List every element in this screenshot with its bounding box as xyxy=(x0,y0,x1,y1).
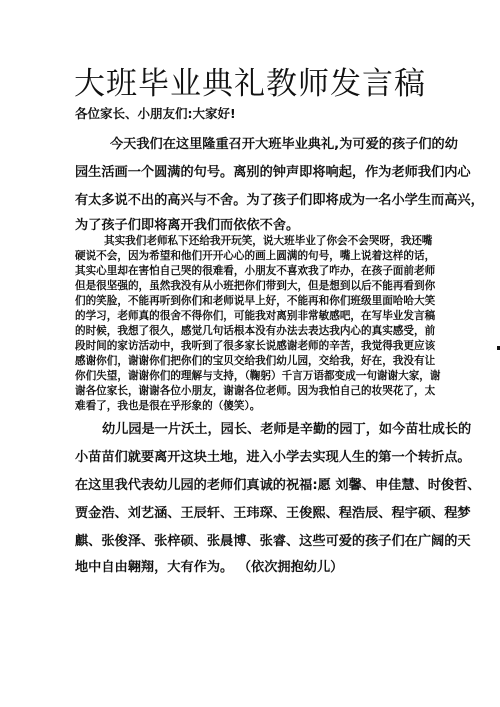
text-line: 幼儿园是一片沃土，园长、老师是辛勤的园丁，如今苗壮成长的 xyxy=(102,418,471,437)
text-line: 你们失望，谢谢你们的理解与支持，（鞠躬）千言万语都变成一句谢谢大家，谢 xyxy=(75,368,440,383)
text-line: 其实我们老师私下还给我开玩笑，说大班毕业了你会不会哭呀，我还嘴 xyxy=(104,233,432,248)
text-line: 园生活画一个圆满的句号。离别的钟声即将响起，作为老师我们内心 xyxy=(75,161,471,180)
document-title: 大班毕业典礼教师发言稿 xyxy=(74,58,426,103)
text-line: 麒、张俊泽、张梓硕、张晨博、张睿、这些可爱的孩子们在广阔的天 xyxy=(75,530,471,549)
text-line: 为了孩子们即将离开我们而依依不舍。 xyxy=(75,214,299,233)
text-line: 硬说不会，因为希望和他们开开心心的画上圆满的句号，嘴上说着这样的话， xyxy=(75,248,435,263)
text-line: 其实心里却在害怕自己哭的很难看，小朋友不喜欢我了咋办，在孩子面前老师 xyxy=(75,263,435,278)
text-line: 难看了，我也是很在乎形象的（傻笑）。 xyxy=(75,398,260,413)
text-line: 地中自由翱翔，大有作为。 （依次拥抱幼儿） xyxy=(75,556,343,575)
text-line: 谢各位家长，谢谢各位小朋友，谢谢各位老师。因为我怕自己的妆哭花了，太 xyxy=(75,383,435,398)
text-line: 小苗苗们就要离开这块土地，进入小学去实现人生的第一个转折点。 xyxy=(75,446,471,465)
text-line: 的学习，老师真的很舍不得你们，可能我对离别非常敏感吧，在写毕业发言稿 xyxy=(75,308,435,323)
text-line: 的时候，我想了很久，感觉几句话根本没有办法去表达我内心的真实感受，前 xyxy=(75,323,435,338)
text-line: 段时间的家访活动中，我听到了很多家长说感谢老师的辛苦，我觉得我更应该 xyxy=(75,338,435,353)
document-page: 大班毕业典礼教师发言稿 各位家长、小朋友们:大家好! 今天我们在这里隆重召开大班… xyxy=(0,0,500,707)
text-line: 在这里我代表幼儿园的老师们真诚的祝福:愿 刘馨、申佳慧、时俊哲、 xyxy=(75,474,481,493)
text-line: 有太多说不出的高兴与不舍。为了孩子们即将成为一名小学生而高兴， xyxy=(75,189,484,208)
text-line: 感谢你们，谢谢你们把你们的宝贝交给我们幼儿园，交给我，好在，我没有让 xyxy=(75,353,435,368)
text-line: 今天我们在这里隆重召开大班毕业典礼,为可爱的孩子们的幼 xyxy=(110,133,458,152)
text-line: 们的笑脸，不能再听到你们和老师说早上好，不能再和你们班级里面哈哈大笑 xyxy=(75,293,435,308)
text-line: 贾金浩、刘艺涵、王辰轩、王玮琛、王俊熙、程浩辰、程宇硕、程梦 xyxy=(75,502,471,521)
greeting: 各位家长、小朋友们:大家好! xyxy=(75,104,236,122)
text-line: 但是很坚强的，虽然我没有从小班把你们带到大，但是想到以后不能再看到你 xyxy=(75,278,435,293)
